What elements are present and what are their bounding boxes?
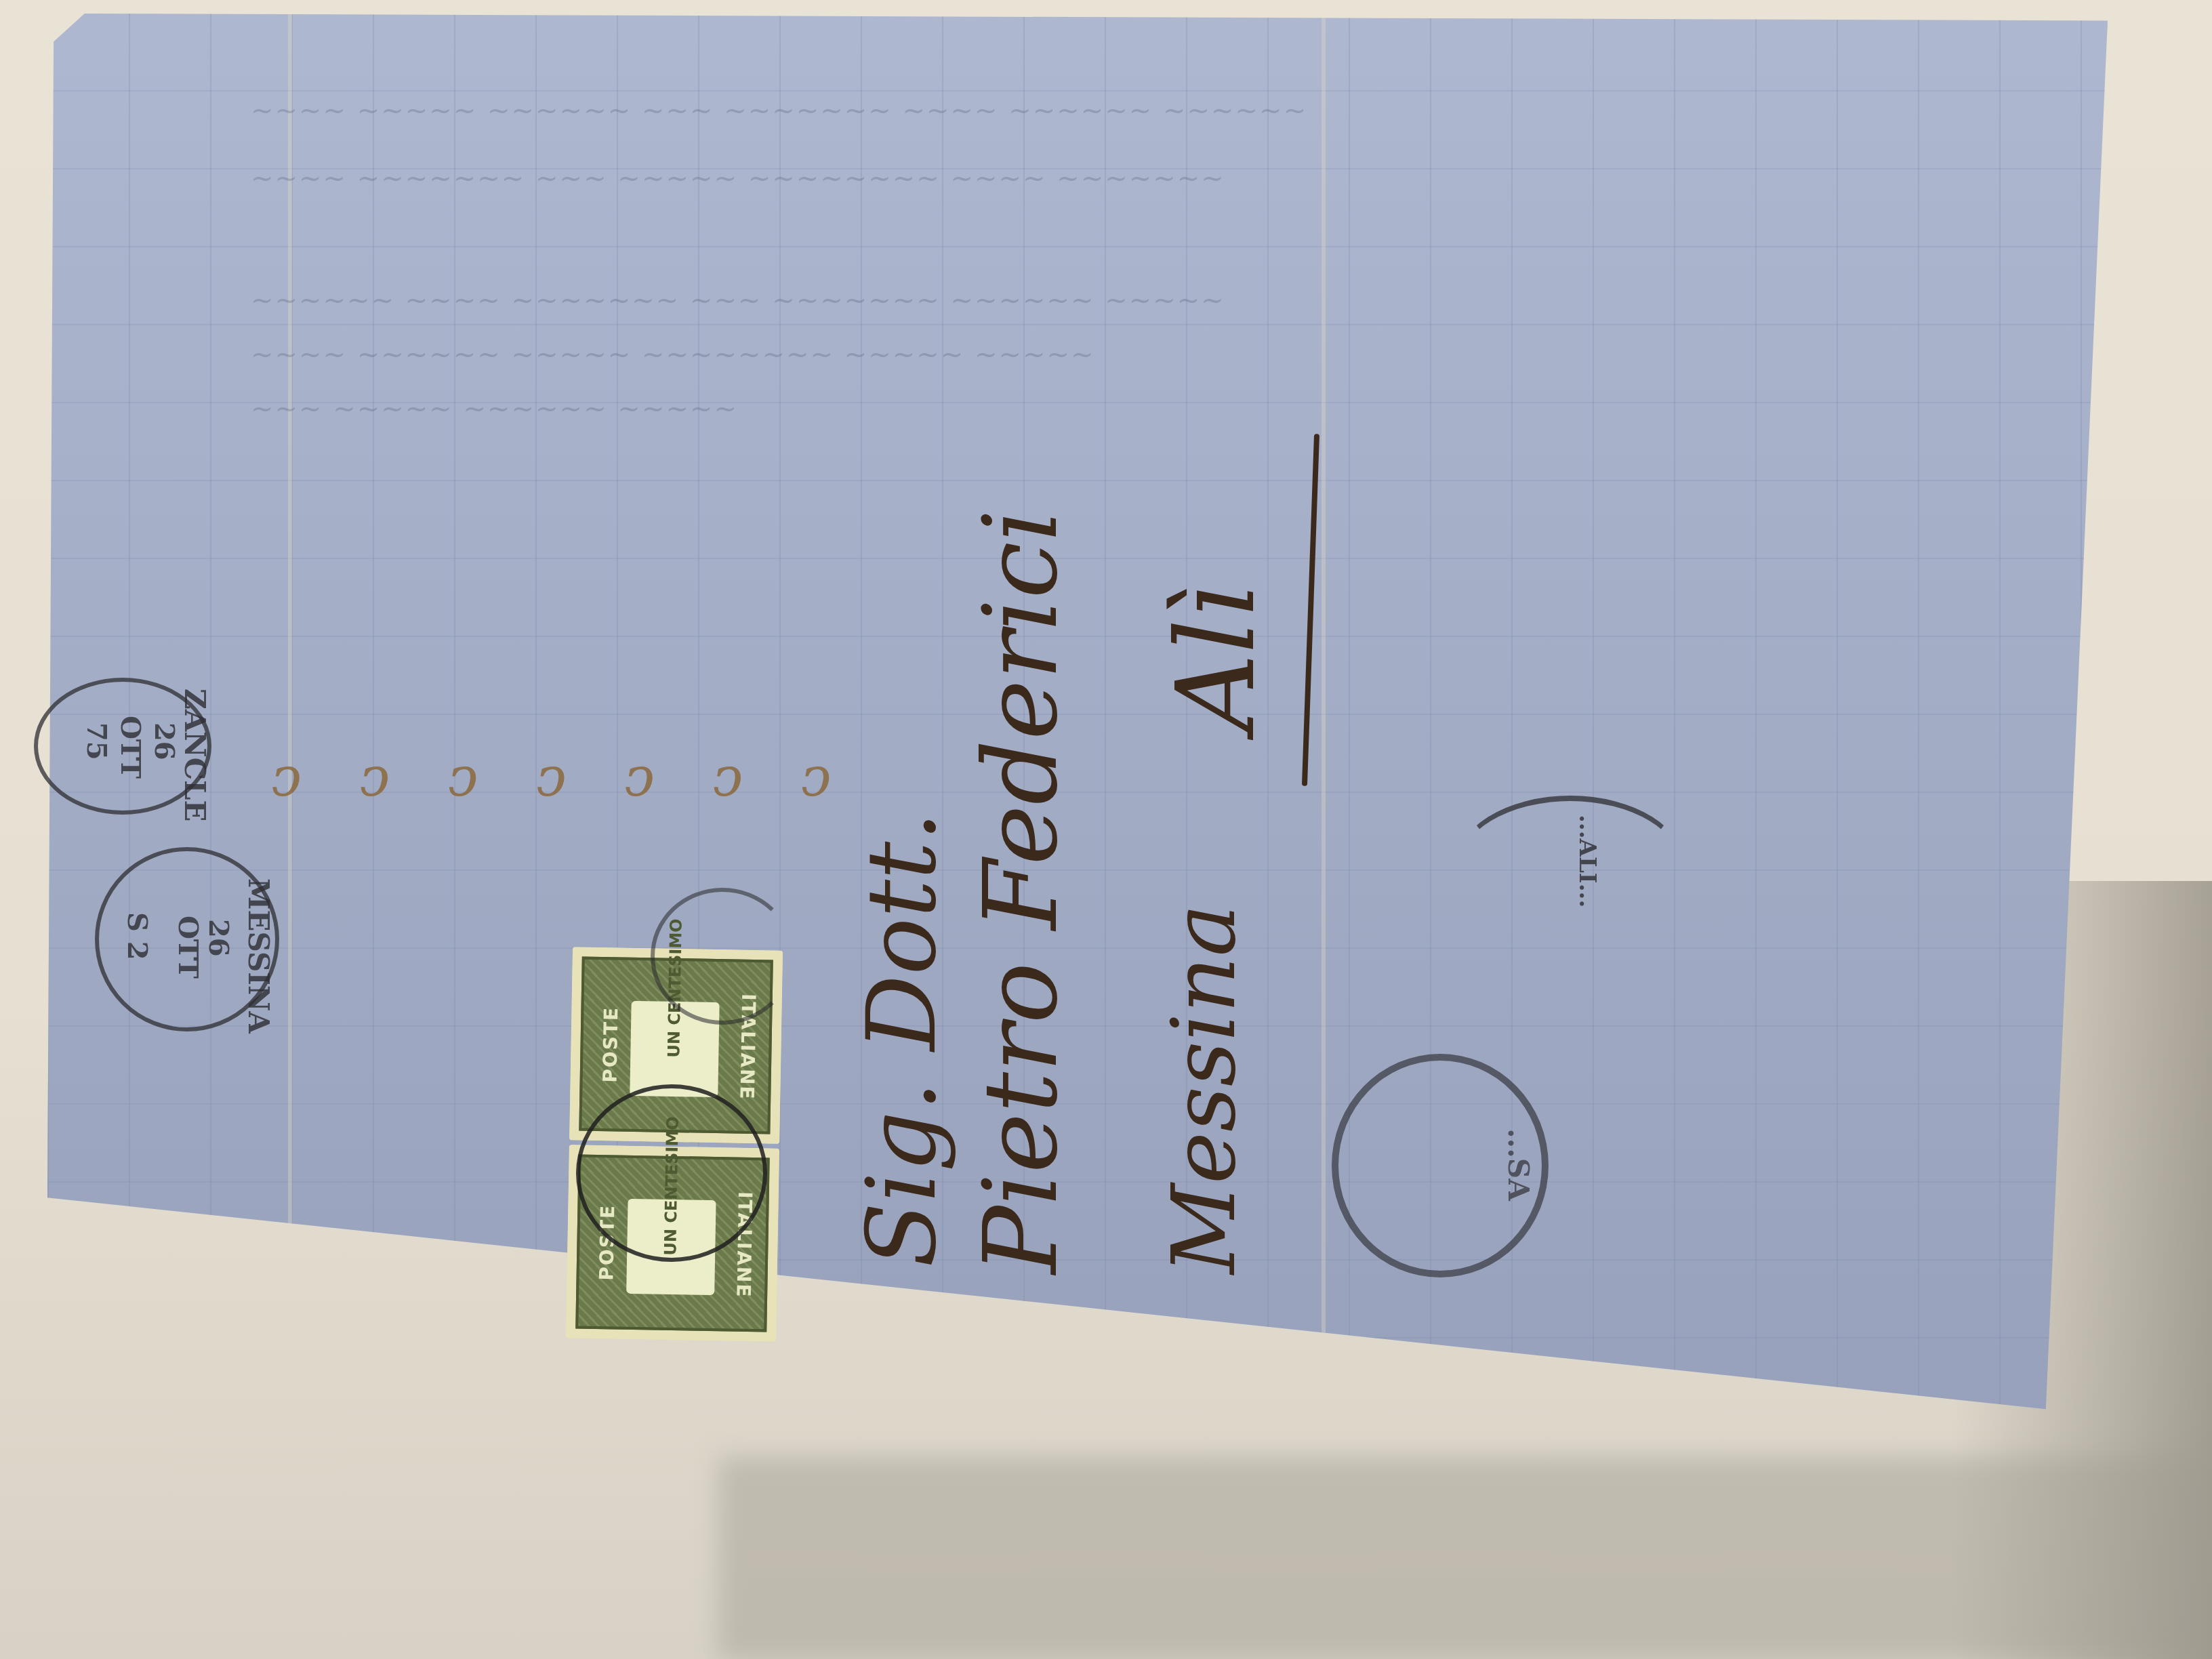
address-line-1: Sig. Dott. bbox=[847, 811, 958, 1267]
postmark-arrival: ...SA bbox=[1332, 1054, 1549, 1277]
address-underline bbox=[1302, 434, 1319, 786]
bleed-through-text: ~~~~~~ ~~~~ ~~~~~~~ ~~~ ~~~~~~~ ~~~~~~ ~… bbox=[251, 285, 1225, 316]
postmark-messina: MESSINA OTT 26 S 2 bbox=[95, 847, 279, 1031]
bleed-through-text: ~~~~ ~~~~~~~ ~~~ ~~~~~ ~~~~~~~~ ~~~~ ~~~… bbox=[251, 163, 1225, 194]
bleed-through-text: ~~~ ~~~~~ ~~~~~~ ~~~~~ bbox=[251, 393, 738, 424]
postmark-zancle: ZANCLE OTT 26 75 bbox=[34, 678, 211, 815]
fold-line bbox=[288, 14, 292, 1423]
cancellation-postmark bbox=[576, 1084, 767, 1262]
fold-line bbox=[1322, 14, 1326, 1423]
brown-ink-marks: ↄ ↄ ↄ ↄ ↄ ↄ ↄ bbox=[271, 745, 851, 808]
bleed-through-text: ~~~~ ~~~~~~ ~~~~~ ~~~~~~~~ ~~~~~ ~~~~~ bbox=[251, 339, 1095, 370]
shadow bbox=[718, 1457, 2212, 1659]
address-line-4: Alì bbox=[1152, 584, 1279, 732]
postmark-partial-right: ...ALI... bbox=[1454, 796, 1686, 941]
partial-postmark bbox=[651, 888, 794, 1025]
stamp-left-text: POSTE bbox=[598, 1006, 622, 1082]
address-line-2: Pietro Federici bbox=[962, 509, 1080, 1274]
address-line-3: Messina bbox=[1152, 904, 1255, 1274]
bleed-through-text: ~~~~ ~~~~~ ~~~~~~ ~~~ ~~~~~~~ ~~~~ ~~~~~… bbox=[251, 95, 1307, 126]
